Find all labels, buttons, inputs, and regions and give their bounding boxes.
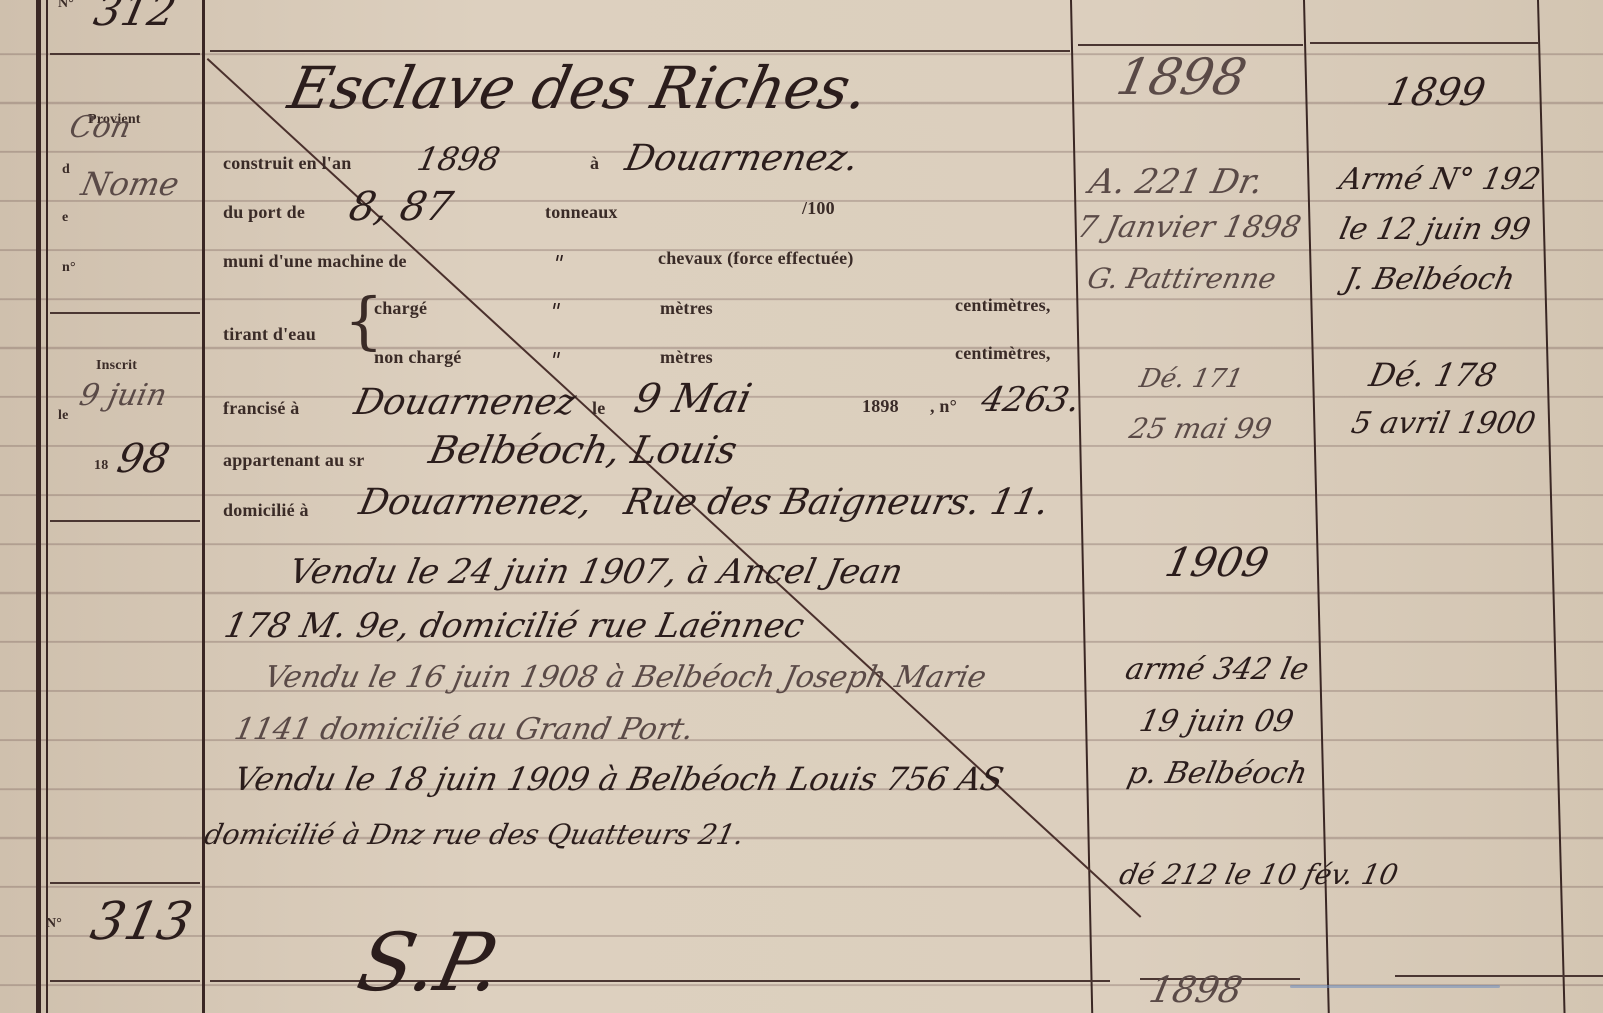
section-rule-left-1	[50, 312, 200, 314]
column-1898-year: 1898	[1112, 48, 1252, 106]
francise-year: 1898	[862, 396, 899, 417]
provient-value-2: Nome	[78, 165, 183, 203]
left-margin-double-rule	[36, 0, 41, 1013]
blue-pencil-mark	[1290, 985, 1500, 988]
header-rule-left	[50, 53, 200, 55]
header-rule-1899	[1310, 42, 1538, 44]
bottom-entry-fragment: S.P.	[350, 916, 510, 1009]
bottom-rule-left	[50, 980, 200, 982]
top-number-prefix: N°	[58, 0, 74, 12]
tonneaux-label: tonneaux	[545, 202, 618, 223]
centimetres-label-1: centimètres,	[955, 295, 1051, 316]
vessel-name: Esclave des Riches.	[283, 54, 875, 122]
header-rule-main	[210, 50, 1070, 52]
machine-label: muni d'une machine de	[223, 251, 407, 272]
francise-no-label: , n°	[930, 396, 957, 417]
column-1909-entry-1: armé 342 le	[1122, 652, 1312, 687]
domicile-street: Rue des Baigneurs. 11.	[621, 482, 1053, 523]
francise-le-label: le	[592, 398, 605, 419]
inscrit-year: 98	[113, 436, 174, 482]
column-rule-left	[202, 0, 205, 1013]
column-1909-entry-2: 19 juin 09	[1136, 704, 1296, 739]
francise-number: 4263.	[978, 380, 1084, 420]
bottom-row-fragment: 1898	[1146, 970, 1246, 1011]
construit-place: Douarnenez.	[622, 138, 863, 179]
francise-date: 9 Mai	[630, 376, 756, 422]
top-number: 312	[90, 0, 181, 35]
column-1898-entry-1: A. 221 Dr.	[1086, 162, 1267, 202]
inscrit-label: Inscrit	[96, 358, 137, 374]
sale-note-6: domicilié à Dnz rue des Quatteurs 21.	[201, 818, 747, 851]
metres-label-2: mètres	[660, 347, 713, 368]
left-margin-rule	[46, 0, 48, 1013]
sale-note-2: 178 M. 9e, domicilié rue Laënnec	[221, 606, 808, 646]
charge-label: chargé	[374, 298, 427, 319]
column-1899-entry-4: Dé. 178	[1366, 356, 1500, 394]
column-1899-entry-2: le 12 juin 99	[1336, 212, 1533, 247]
provient-d: d	[62, 162, 70, 178]
francise-label: francisé à	[223, 398, 299, 419]
construit-a-label: à	[590, 153, 599, 174]
port-label: du port de	[223, 202, 305, 223]
port-value: 8, 87	[345, 184, 457, 230]
column-1898-entry-2: 7 Janvier 1898	[1074, 210, 1304, 245]
inscrit-date: 9 juin	[76, 378, 170, 413]
sale-note-5: Vendu le 18 juin 1909 à Belbéoch Louis 7…	[231, 760, 1007, 798]
metres-label-1: mètres	[660, 298, 713, 319]
column-1899-year: 1899	[1383, 70, 1489, 114]
column-1909-year: 1909	[1161, 540, 1273, 586]
column-1899-entry-3: J. Belbéoch	[1341, 262, 1518, 297]
column-1898-entry-5: 25 mai 99	[1126, 412, 1274, 445]
sale-note-1: Vendu le 24 juin 1907, à Ancel Jean	[286, 552, 907, 592]
construit-label: construit en l'an	[223, 153, 351, 174]
bottom-rule-1899	[1395, 975, 1603, 977]
section-rule-left-3	[50, 882, 200, 884]
column-1909-entry-3: p. Belbéoch	[1124, 756, 1310, 791]
domicilie-label: domicilié à	[223, 500, 309, 521]
provient-n: n°	[62, 260, 76, 276]
section-rule-left-2	[50, 520, 200, 522]
sale-note-3: Vendu le 16 juin 1908 à Belbéoch Joseph …	[261, 660, 989, 695]
inscrit-le: le	[58, 408, 69, 424]
centimetres-label-2: centimètres,	[955, 343, 1051, 364]
column-1898-entry-4: Dé. 171	[1137, 364, 1246, 394]
domicile-place: Douarnenez,	[356, 482, 597, 523]
provient-e: e	[62, 210, 68, 226]
column-1909-entry-4: dé 212 le 10 fév. 10	[1116, 858, 1401, 891]
tirant-label: tirant d'eau	[223, 324, 316, 345]
column-1899-entry-1: Armé N° 192	[1336, 162, 1543, 197]
francise-place: Douarnenez	[351, 382, 580, 423]
bottom-number-prefix: N°	[46, 916, 62, 932]
tonneaux-fraction: /100	[802, 198, 835, 219]
non-charge-label: non chargé	[374, 347, 462, 368]
bottom-number: 313	[86, 892, 198, 952]
column-1899-entry-5: 5 avril 1900	[1348, 406, 1538, 441]
header-rule-1898	[1078, 44, 1303, 46]
construit-year: 1898	[414, 140, 504, 178]
appartenant-label: appartenant au sr	[223, 450, 364, 471]
column-1898-entry-3: G. Pattirenne	[1084, 262, 1279, 295]
sale-note-4: 1141 domicilié au Grand Port.	[231, 712, 696, 747]
chevaux-label: chevaux (force effectuée)	[658, 248, 854, 269]
owner-name: Belbéoch, Louis	[425, 428, 741, 472]
provient-value-1: Con	[66, 110, 134, 145]
inscrit-year-prefix: 18	[94, 458, 108, 474]
bottom-rule-main	[210, 980, 1110, 982]
